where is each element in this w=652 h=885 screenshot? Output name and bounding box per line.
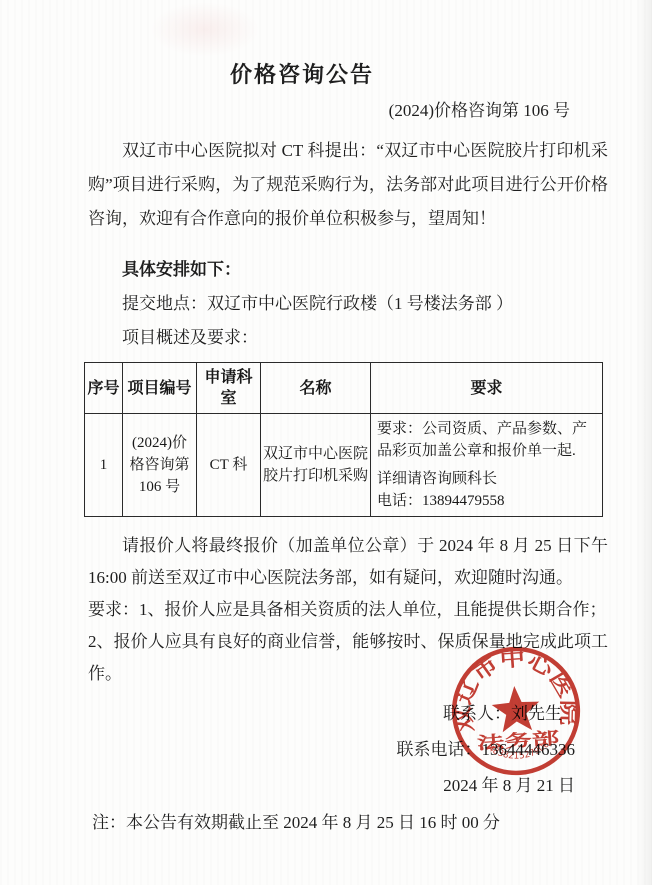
requirement-1-paragraph: 要求：1、报价人应是具备相关资质的法人单位，且能提供长期合作； (88, 594, 608, 626)
requirements-text: 要求：公司资质、产品参数、产品彩页加盖公章和报价单一起. (377, 418, 596, 462)
validity-note-line: 注：本公告有效期截止至 2024 年 8 月 25 日 16 时 00 分 (92, 808, 652, 838)
requirements-phone: 电话：13894479558 (377, 490, 596, 512)
cell-department: CT 科 (197, 414, 261, 517)
header-department: 申请科室 (197, 363, 261, 414)
submit-location-line: 提交地点：双辽市中心医院行政楼（1 号楼法务部 ） (88, 287, 608, 321)
table-row: 1 (2024)价格咨询第 106 号 CT 科 双辽市中心医院胶片打印机采购 … (85, 414, 603, 517)
arrangement-heading: 具体安排如下： (88, 253, 608, 287)
announcement-page: 价格咨询公告 (2024)价格咨询第 106 号 双辽市中心医院拟对 CT 科提… (0, 0, 652, 885)
intro-paragraph: 双辽市中心医院拟对 CT 科提出：“双辽市中心医院胶片打印机采购”项目进行采购，… (88, 134, 608, 236)
header-requirements: 要求 (371, 363, 603, 414)
star-icon (491, 684, 542, 733)
header-project-no: 项目编号 (123, 363, 197, 414)
deadline-paragraph: 请报价人将最终报价（加盖单位公章）于 2024 年 8 月 25 日下午 16:… (88, 530, 608, 594)
doc-number: (2024)价格咨询第 106 号 (0, 100, 652, 122)
price-inquiry-table: 序号 项目编号 申请科室 名称 要求 1 (2024)价格咨询第 106 号 C… (84, 362, 603, 517)
cell-requirements: 要求：公司资质、产品参数、产品彩页加盖公章和报价单一起. 详细请咨询顾科长 电话… (371, 414, 603, 517)
official-seal: 双辽市中心医院 法务部 483821527906 (441, 636, 590, 785)
table-header-row: 序号 项目编号 申请科室 名称 要求 (85, 363, 603, 414)
scan-artifact-smudge (150, 2, 260, 57)
cell-project-no: (2024)价格咨询第 106 号 (123, 414, 197, 517)
page-title: 价格咨询公告 (0, 60, 628, 90)
overview-heading: 项目概述及要求： (88, 321, 608, 355)
cell-name: 双辽市中心医院胶片打印机采购 (261, 414, 371, 517)
cell-seq: 1 (85, 414, 123, 517)
requirements-contact: 详细请咨询顾科长 (377, 468, 596, 490)
header-name: 名称 (261, 363, 371, 414)
header-seq: 序号 (85, 363, 123, 414)
